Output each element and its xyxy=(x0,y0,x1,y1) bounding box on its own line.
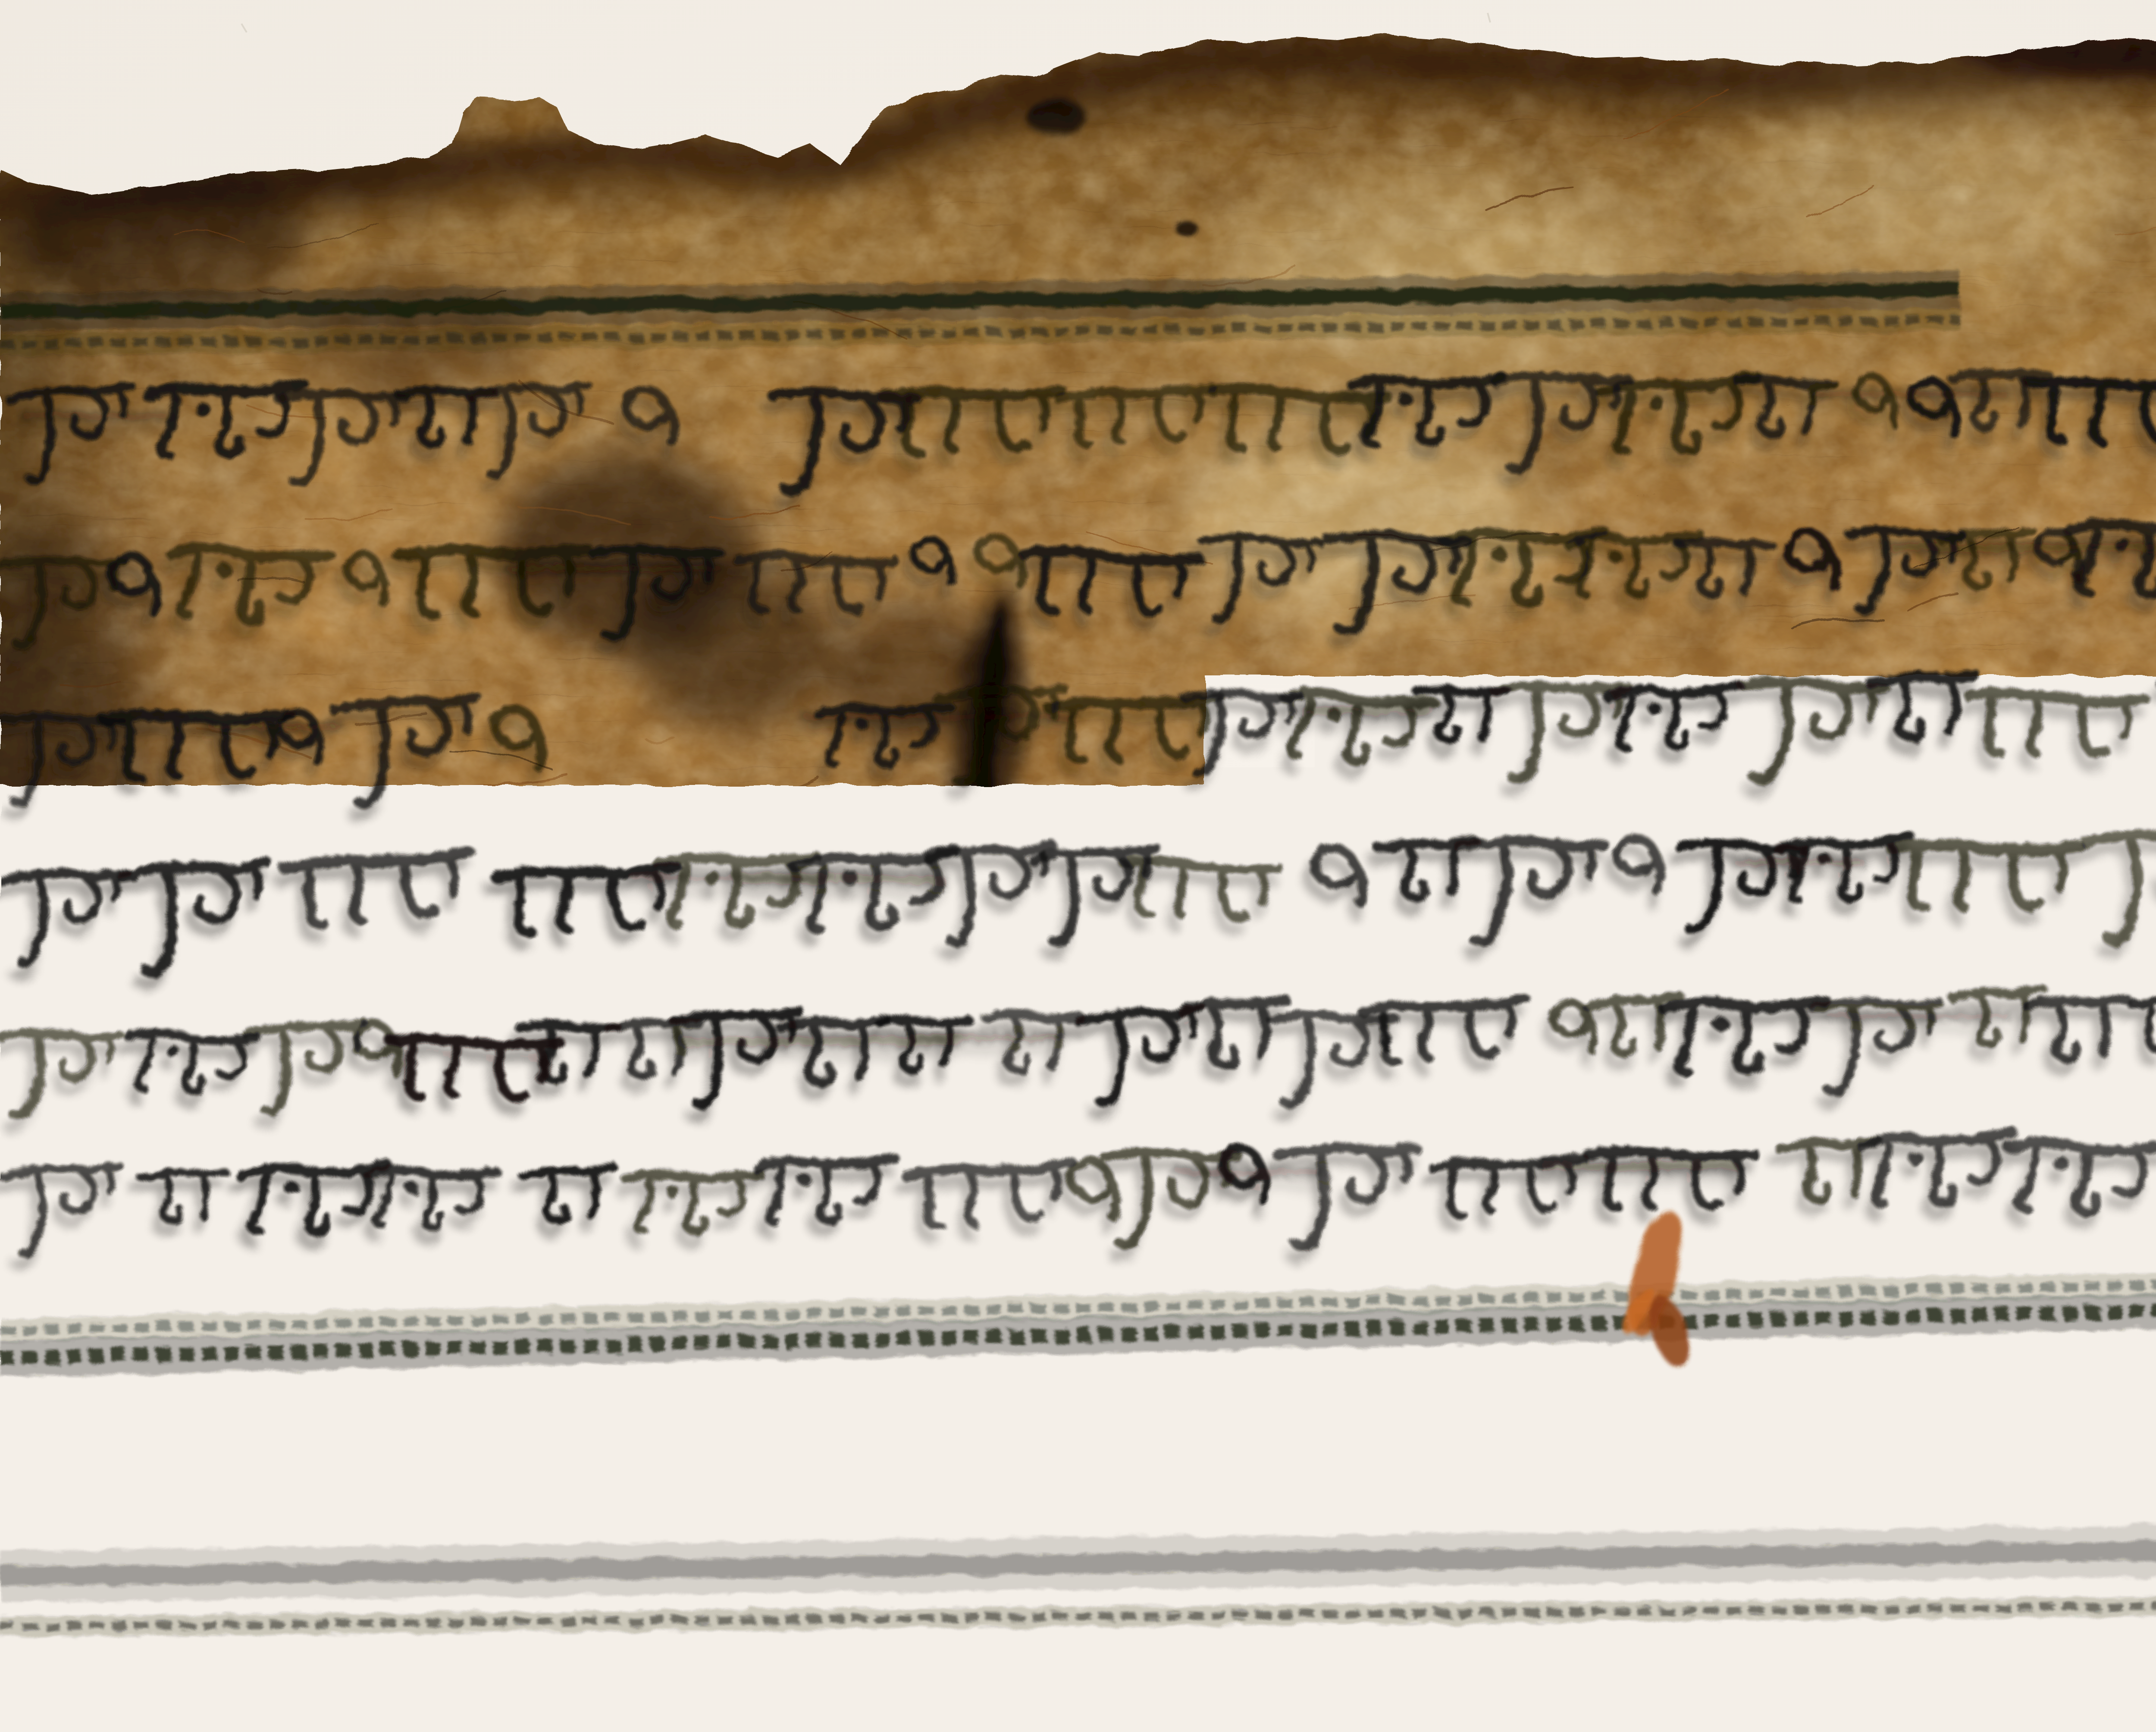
manuscript-fragment xyxy=(0,0,2156,1732)
manuscript-render xyxy=(0,0,2156,1732)
manuscript-photo-scene xyxy=(0,0,2156,1732)
manuscript-photograph xyxy=(0,0,2156,1732)
